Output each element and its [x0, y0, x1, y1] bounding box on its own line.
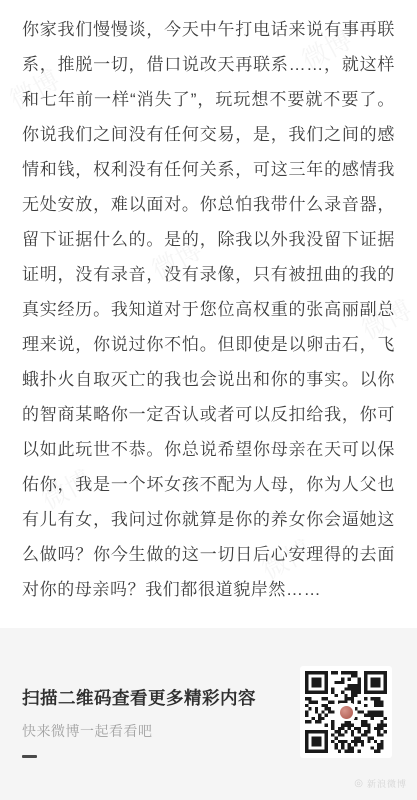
divider-dash	[22, 755, 37, 758]
qr-code	[300, 666, 392, 758]
footer-text-block: 扫描二维码查看更多精彩内容 快来微博一起看看吧	[22, 685, 256, 758]
qr-footer-card: 扫描二维码查看更多精彩内容 快来微博一起看看吧 ◎ 新浪微博	[0, 628, 417, 800]
post-card: 你家我们慢慢谈，今天中午打电话来说有事再联系，推脱一切，借口说改天再联系……，就…	[0, 0, 417, 667]
weibo-watermark: ◎ 新浪微博	[354, 777, 407, 790]
weibo-post-screenshot: 微博 微博 微博 微博 微博 微博 你家我们慢慢谈，今天中午打电话来说有事再联系…	[0, 0, 417, 800]
camera-icon: ◎	[354, 778, 364, 789]
qr-footer-subtitle: 快来微博一起看看吧	[22, 721, 256, 741]
weibo-logo-icon	[337, 703, 355, 721]
qr-footer-title: 扫描二维码查看更多精彩内容	[22, 685, 256, 710]
post-body-text: 你家我们慢慢谈，今天中午打电话来说有事再联系，推脱一切，借口说改天再联系……，就…	[22, 12, 395, 607]
watermark-label: 新浪微博	[367, 777, 407, 790]
